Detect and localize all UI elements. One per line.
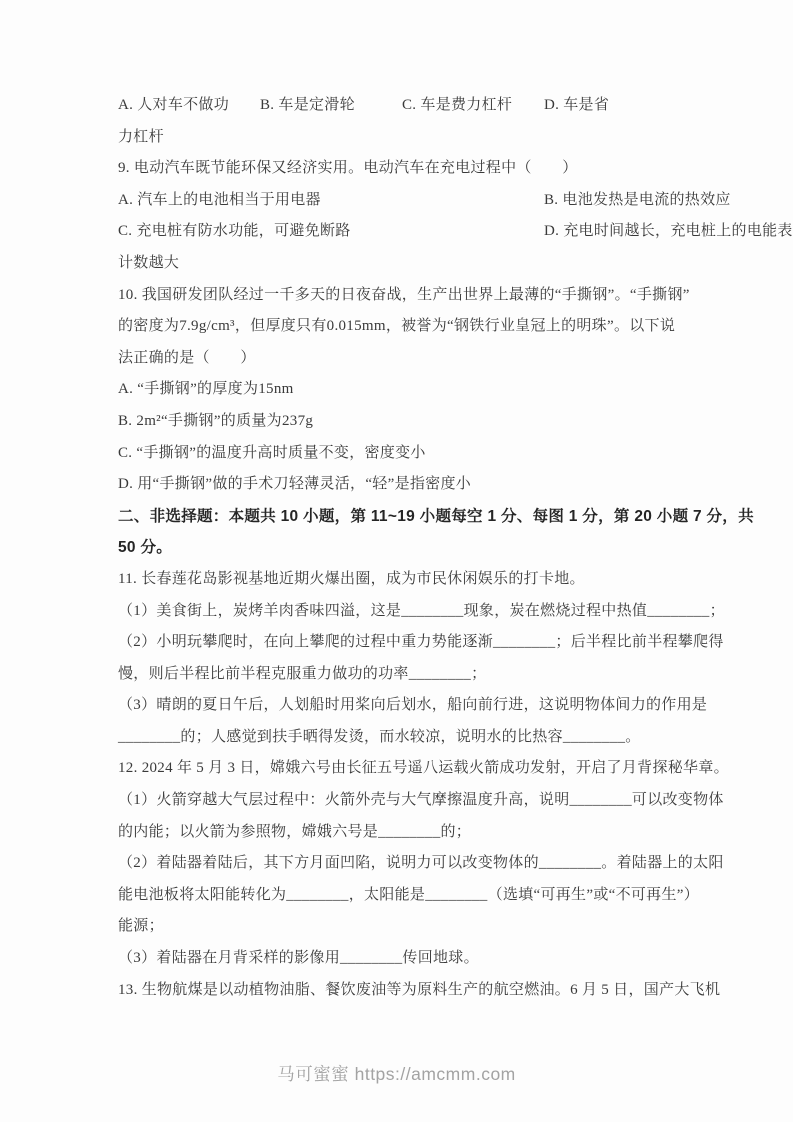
text-line: 力杠杆 [118,122,738,154]
option-item: B. 电池发热是电流的热效应 [544,192,731,208]
option-item: A. 人对车不做功 [118,90,260,122]
exam-page: { "page": { "background": "#fdfdfd", "te… [0,0,793,1122]
text-line: 慢，则后半程比前半程克服重力做功的功率________； [118,659,738,691]
text-line: 10. 我国研发团队经过一千多天的日夜奋战，生产出世界上最薄的“手撕钢”。“手撕… [118,280,738,312]
option-item: D. 车是省 [544,90,609,122]
document-body: A. 人对车不做功B. 车是定滑轮C. 车是费力杠杆D. 车是省力杠杆9. 电动… [118,90,738,1006]
text-line: A. “手撕钢”的厚度为15nm [118,374,738,406]
section-heading: 50 分。 [118,532,738,564]
options-row: A. 人对车不做功B. 车是定滑轮C. 车是费力杠杆D. 车是省 [118,90,738,122]
text-line: 能电池板将太阳能转化为________，太阳能是________（选填“可再生”… [118,880,738,912]
watermark-footer: 马可蜜蜜 https://amcmm.com [0,1062,793,1086]
text-line: 能源； [118,911,738,943]
text-line: C. “手撕钢”的温度升高时质量不变，密度变小 [118,438,738,470]
text-line: 13. 生物航煤是以动植物油脂、餐饮废油等为原料生产的航空燃油。6 月 5 日，… [118,975,738,1007]
text-line: 的内能；以火箭为参照物，嫦娥六号是________的； [118,817,738,849]
text-line: （2）小明玩攀爬时，在向上攀爬的过程中重力势能逐渐________；后半程比前半… [118,627,738,659]
text-line: B. 2m²“手撕钢”的质量为237g [118,406,738,438]
text-line: （2）着陆器着陆后，其下方月面凹陷，说明力可以改变物体的________。着陆器… [118,848,738,880]
text-line: 11. 长春莲花岛影视基地近期火爆出圈，成为市民休闲娱乐的打卡地。 [118,564,738,596]
text-line: D. 用“手撕钢”做的手术刀轻薄灵活，“轻”是指密度小 [118,469,738,501]
text-line: 9. 电动汽车既节能环保又经济实用。电动汽车在充电过程中（ ） [118,153,738,185]
text-line: 12. 2024 年 5 月 3 日，嫦娥六号由长征五号遥八运载火箭成功发射，开… [118,753,738,785]
option-item: C. 车是费力杠杆 [402,90,544,122]
option-item: D. 充电时间越长，充电桩上的电能表 [544,223,793,239]
text-line: （1）火箭穿越大气层过程中：火箭外壳与大气摩擦温度升高，说明________可以… [118,785,738,817]
text-line: （3）着陆器在月背采样的影像用________传回地球。 [118,943,738,975]
text-line: ________的；人感觉到扶手晒得发烫，而水较凉，说明水的比热容_______… [118,722,738,754]
options-row: A. 汽车上的电池相当于用电器B. 电池发热是电流的热效应 [118,185,738,217]
option-item: B. 车是定滑轮 [260,90,402,122]
options-row: C. 充电桩有防水功能，可避免断路D. 充电时间越长，充电桩上的电能表 [118,216,738,248]
text-line: 的密度为7.9g/cm³，但厚度只有0.015mm，被誉为“钢铁行业皇冠上的明珠… [118,311,738,343]
text-line: 法正确的是（ ） [118,343,738,375]
option-item: A. 汽车上的电池相当于用电器 [118,185,544,217]
text-line: 计数越大 [118,248,738,280]
text-line: （3）晴朗的夏日午后，人划船时用桨向后划水，船向前行进，这说明物体间力的作用是 [118,690,738,722]
section-heading: 二、非选择题：本题共 10 小题，第 11~19 小题每空 1 分、每图 1 分… [118,501,738,533]
text-line: （1）美食街上，炭烤羊肉香味四溢，这是________现象，炭在燃烧过程中热值_… [118,596,738,628]
option-item: C. 充电桩有防水功能，可避免断路 [118,216,544,248]
